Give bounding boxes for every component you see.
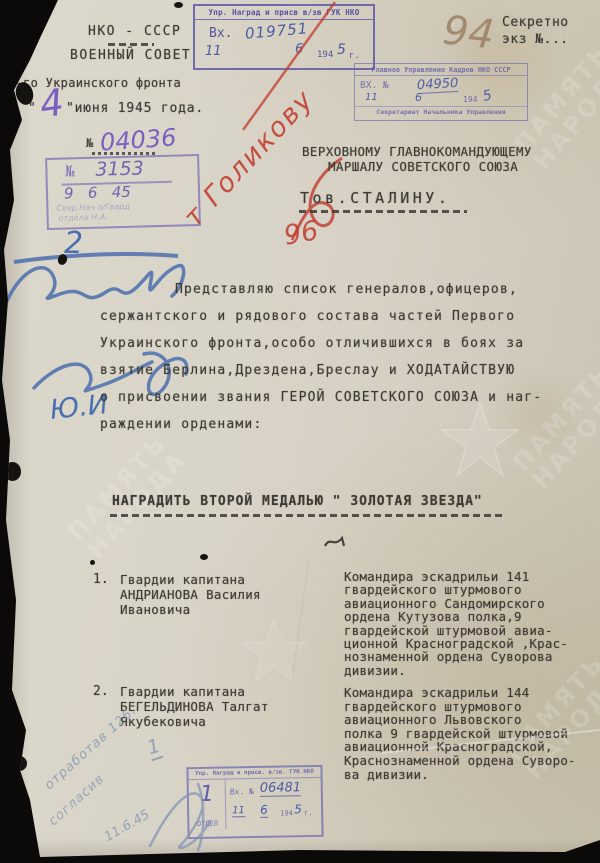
doc-number-sign: №	[86, 136, 93, 150]
stamp-footer-line1: Секр.Нач о/Гвард	[56, 202, 130, 213]
stamp-date: 9 6 45	[64, 183, 131, 203]
stamp-year-hand: 5	[481, 87, 493, 105]
small-ink-mark	[322, 534, 348, 552]
award-rank-name: Гвардии капитана БЕГЕЛЬДИНОВА Талгат Яку…	[120, 684, 269, 729]
pencil-note-mark: 1	[145, 735, 164, 762]
stamp-month: 6	[415, 91, 422, 104]
paper-sheet: ПАМЯТЬ НАРОДА ПАМЯТЬ НАРОДА ПАМЯТЬ НАРОД…	[0, 0, 600, 863]
red-number: 96	[282, 215, 321, 251]
secrecy-line1: Секретно	[502, 15, 569, 30]
punch-hole	[4, 462, 21, 481]
stamp-year-suffix: г.	[349, 51, 360, 61]
stamp-in-label: Вх.	[209, 26, 232, 41]
stamp-footer: Секретариат Начальника Управления	[355, 106, 527, 116]
pencil-signature-flourish	[140, 776, 220, 856]
letterhead-front: 1-го Украинского фронта	[8, 76, 181, 90]
ink-speck	[5, 102, 11, 108]
letterhead-date: "июня 1945 года.	[66, 101, 204, 116]
award-rank-name: Гвардии капитана АНДРИАНОВА Василия Иван…	[120, 572, 261, 617]
award-number: 2.	[93, 684, 109, 699]
recipient-line-2: МАРШАЛУ СОВЕТСКОГО СОЮЗА	[328, 159, 518, 174]
letterhead-underline	[108, 43, 154, 46]
award-number: 1.	[93, 572, 109, 587]
incoming-stamp-gu-kadrov: Главное Управление Кадров НКО СССР ВХ. №…	[354, 63, 528, 121]
stamp-number: 3153	[95, 157, 144, 180]
document-scan: { "document": { "secrecy": {"line1": "Се…	[0, 0, 600, 863]
ink-speck	[174, 2, 183, 8]
stamp-in-number: 06481	[260, 780, 302, 797]
stamp-no-sign: №	[65, 162, 74, 180]
stamp-in-number: 04950	[417, 76, 459, 94]
stamp-date-month: 6	[260, 803, 268, 818]
stamp-year-printed: 194	[463, 95, 477, 104]
recipient-line-1: ВЕРХОВНОМУ ГЛАВНОКОМАНДУЮЩЕМУ	[302, 144, 532, 159]
stamp-year-hand: 5	[294, 802, 302, 816]
letterhead-council: ВОЕННЫЙ СОВЕТ	[70, 48, 191, 63]
page-number-pencil: 94	[441, 7, 496, 58]
stamp-footer-line2: отдела Н.А.	[59, 212, 108, 222]
stamp-header: Главное Управление Кадров НКО СССР	[355, 64, 527, 76]
salutation-stalin: Тов.СТАЛИНУ.	[300, 189, 450, 207]
stamp-date-day: 11	[232, 805, 245, 817]
stamp-year-suffix: г.	[304, 809, 313, 817]
award-position: Командира эскадрильи 144 гвардейского шт…	[344, 686, 576, 781]
secrecy-line2: экз №...	[502, 32, 569, 47]
ink-speck	[200, 554, 208, 560]
stamp-in-label: ВХ. №	[360, 80, 389, 91]
registration-stamp-purple: № 3153 9 6 45 Секр.Нач о/Гвард отдела Н.…	[45, 154, 201, 230]
ink-speck	[90, 560, 95, 565]
secrecy-label: Секретноэкз №...	[502, 14, 569, 48]
stamp-day: 11	[365, 92, 378, 103]
stamp-year-printed: 194	[280, 809, 293, 817]
punch-hole	[12, 756, 27, 771]
stamp-in-label: Вх. №	[230, 787, 254, 796]
stamp-day: 11	[205, 44, 222, 59]
award-section-underline	[110, 514, 503, 517]
letterhead-org: НКО - СССР	[88, 24, 181, 39]
award-position: Командира эскадрильи 141 гвардейского шт…	[344, 570, 568, 677]
award-section-heading: НАГРАДИТЬ ВТОРОЙ МЕДАЛЬЮ " ЗОЛОТАЯ ЗВЕЗД…	[112, 494, 483, 509]
salutation-underline	[299, 210, 467, 213]
body-paragraph: Представляю список генералов,офицеров, с…	[100, 276, 560, 438]
